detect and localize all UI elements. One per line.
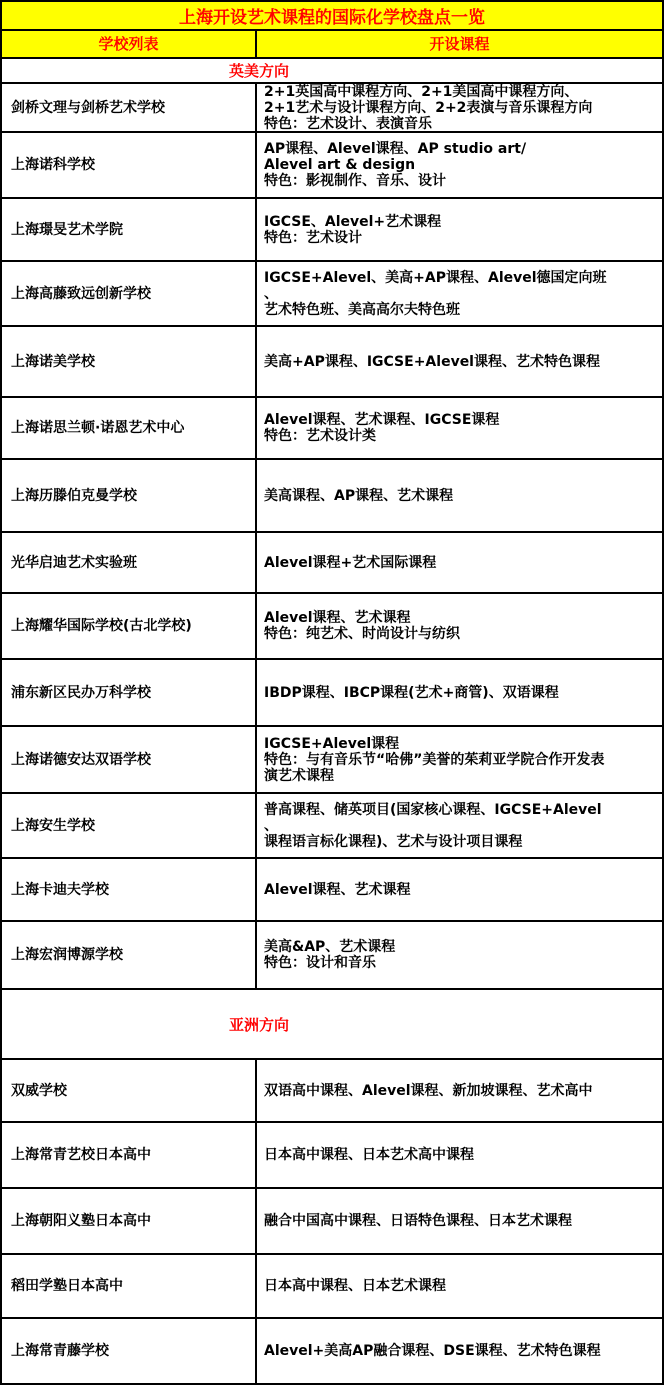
table-row: 上海耀华国际学校(古北学校) Alevel课程、艺术课程 特色：纯艺术、时尚设计…	[2, 592, 662, 658]
school-name: 上海宏润博源学校	[2, 922, 257, 988]
table-row: 浦东新区民办万科学校 IBDP课程、IBCP课程(艺术+商管)、双语课程	[2, 658, 662, 725]
course-list: 2+1英国高中课程方向、2+1美国高中课程方向、 2+1艺术与设计课程方向、2+…	[257, 84, 662, 131]
table-row: 稻田学塾日本高中 日本高中课程、日本艺术课程	[2, 1253, 662, 1317]
course-list: Alevel课程、艺术课程 特色：纯艺术、时尚设计与纺织	[257, 594, 662, 658]
course-list: Alevel课程+艺术国际课程	[257, 533, 662, 592]
table-row: 上海诺科学校 AP课程、Alevel课程、AP studio art/ Alev…	[2, 131, 662, 197]
page-title: 上海开设艺术课程的国际化学校盘点一览	[2, 2, 662, 29]
course-list: IGCSE+Alevel、美高+AP课程、Alevel德国定向班 、 艺术特色班…	[257, 262, 662, 325]
school-name: 上海安生学校	[2, 794, 257, 857]
school-name: 上海卡迪夫学校	[2, 859, 257, 920]
course-list: 美高+AP课程、IGCSE+Alevel课程、艺术特色课程	[257, 327, 662, 396]
school-name: 上海历滕伯克曼学校	[2, 460, 257, 531]
course-list: IGCSE+Alevel课程 特色：与有音乐节“哈佛”美誉的茱莉亚学院合作开发表…	[257, 727, 662, 792]
course-list: AP课程、Alevel课程、AP studio art/ Alevel art …	[257, 133, 662, 197]
school-name: 上海耀华国际学校(古北学校)	[2, 594, 257, 658]
school-name: 双威学校	[2, 1060, 257, 1121]
course-list: 美高&AP、艺术课程 特色：设计和音乐	[257, 922, 662, 988]
course-list: Alevel+美高AP融合课程、DSE课程、艺术特色课程	[257, 1319, 662, 1383]
course-list: Alevel课程、艺术课程、IGCSE课程 特色：艺术设计类	[257, 398, 662, 458]
school-name: 光华启迪艺术实验班	[2, 533, 257, 592]
course-list: 融合中国高中课程、日语特色课程、日本艺术课程	[257, 1189, 662, 1253]
table-row: 上海诺美学校 美高+AP课程、IGCSE+Alevel课程、艺术特色课程	[2, 325, 662, 396]
table-row: 上海高藤致远创新学校 IGCSE+Alevel、美高+AP课程、Alevel德国…	[2, 260, 662, 325]
school-name: 上海诺德安达双语学校	[2, 727, 257, 792]
courses-column-header: 开设课程	[257, 31, 662, 57]
table-row: 上海宏润博源学校 美高&AP、艺术课程 特色：设计和音乐	[2, 920, 662, 988]
table-row: 上海历滕伯克曼学校 美高课程、AP课程、艺术课程	[2, 458, 662, 531]
table-row: 上海卡迪夫学校 Alevel课程、艺术课程	[2, 857, 662, 920]
table-row: 上海诺思兰顿·诺恩艺术中心 Alevel课程、艺术课程、IGCSE课程 特色：艺…	[2, 396, 662, 458]
school-column-header: 学校列表	[2, 31, 257, 57]
course-list: 日本高中课程、日本艺术课程	[257, 1255, 662, 1317]
school-name: 浦东新区民办万科学校	[2, 660, 257, 725]
section-header-asia: 亚洲方向	[2, 988, 662, 1058]
school-name: 上海璟旻艺术学院	[2, 199, 257, 260]
table-row: 上海诺德安达双语学校 IGCSE+Alevel课程 特色：与有音乐节“哈佛”美誉…	[2, 725, 662, 792]
school-name: 上海朝阳义塾日本高中	[2, 1189, 257, 1253]
course-list: Alevel课程、艺术课程	[257, 859, 662, 920]
course-list: 美高课程、AP课程、艺术课程	[257, 460, 662, 531]
table-row: 上海璟旻艺术学院 IGCSE、Alevel+艺术课程 特色：艺术设计	[2, 197, 662, 260]
section-header-uk-us: 英美方向	[2, 57, 662, 82]
table-row: 上海朝阳义塾日本高中 融合中国高中课程、日语特色课程、日本艺术课程	[2, 1187, 662, 1253]
course-list: 日本高中课程、日本艺术高中课程	[257, 1123, 662, 1187]
school-name: 上海诺美学校	[2, 327, 257, 396]
school-course-table: 上海开设艺术课程的国际化学校盘点一览 学校列表 开设课程 英美方向 剑桥文理与剑…	[0, 0, 664, 1385]
school-name: 上海高藤致远创新学校	[2, 262, 257, 325]
course-list: 普高课程、储英项目(国家核心课程、IGCSE+Alevel 、 课程语言标化课程…	[257, 794, 662, 857]
table-header-row: 学校列表 开设课程	[2, 29, 662, 57]
school-name: 稻田学塾日本高中	[2, 1255, 257, 1317]
table-row: 上海常青藤学校 Alevel+美高AP融合课程、DSE课程、艺术特色课程	[2, 1317, 662, 1383]
school-name: 上海常青藤学校	[2, 1319, 257, 1383]
school-name: 剑桥文理与剑桥艺术学校	[2, 84, 257, 131]
school-name: 上海常青艺校日本高中	[2, 1123, 257, 1187]
course-list: IBDP课程、IBCP课程(艺术+商管)、双语课程	[257, 660, 662, 725]
table-row: 上海安生学校 普高课程、储英项目(国家核心课程、IGCSE+Alevel 、 课…	[2, 792, 662, 857]
table-row: 光华启迪艺术实验班 Alevel课程+艺术国际课程	[2, 531, 662, 592]
table-row: 剑桥文理与剑桥艺术学校 2+1英国高中课程方向、2+1美国高中课程方向、 2+1…	[2, 82, 662, 131]
table-row: 上海常青艺校日本高中 日本高中课程、日本艺术高中课程	[2, 1121, 662, 1187]
course-list: 双语高中课程、Alevel课程、新加坡课程、艺术高中	[257, 1060, 662, 1121]
course-list: IGCSE、Alevel+艺术课程 特色：艺术设计	[257, 199, 662, 260]
school-name: 上海诺科学校	[2, 133, 257, 197]
table-row: 双威学校 双语高中课程、Alevel课程、新加坡课程、艺术高中	[2, 1058, 662, 1121]
school-name: 上海诺思兰顿·诺恩艺术中心	[2, 398, 257, 458]
